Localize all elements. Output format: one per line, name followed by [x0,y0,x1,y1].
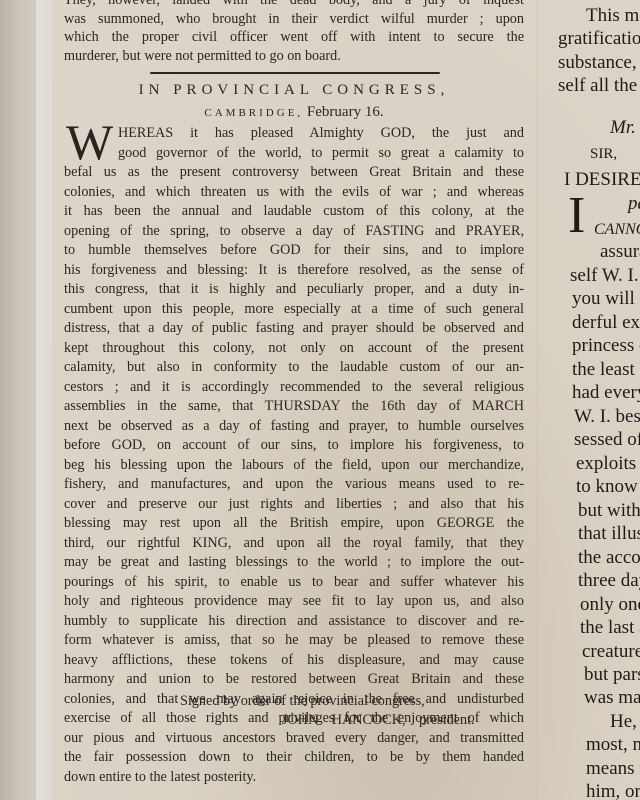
text-line: CANNO [594,218,640,242]
text-line: calamity, but also in conformity to the … [64,358,524,378]
text-line: third, our rightful KING, and upon all t… [64,534,524,554]
text-line: to know t [576,475,640,499]
text-line: down entire to the latest posterity. [64,768,524,788]
text-line: next be observed as a day of fasting and… [64,417,524,437]
text-line: derful explo [572,311,640,335]
text-line: pourings of his spirit, to enable us to … [64,573,524,593]
previous-article: They, however, landed with the dead body… [64,0,524,65]
text-line: his forgiveness and blessing: It is ther… [64,261,524,281]
text-line: They, however, landed with the dead body… [64,0,524,10]
signer-name: JOHN HANCOCK, president. [282,712,475,729]
text-line: may be great and lasting blessings to th… [64,553,524,573]
proclamation-dateline: CAMBRIDGE, February 16. [64,104,524,121]
text-line: but parsi [584,663,640,687]
text-line: only one [580,593,640,617]
text-line: this congress, that it is highly and pec… [64,280,524,300]
text-line: him, or [586,780,640,800]
text-line: heavy afflictions, these tokens of his d… [64,651,524,671]
text-line: self W. I. [570,264,639,288]
text-line: that illustr [578,522,640,546]
text-line: creature: [582,640,640,664]
text-line: holy and righteous providence may see fi… [64,592,524,612]
text-line: kept throughout this colony, not only on… [64,339,524,359]
text-line: He, to [610,710,640,734]
text-line: gratification [558,27,640,51]
text-line: fishery, and manufactures, and upon the … [64,475,524,495]
signed-line: Signed by order of the provincial congre… [180,693,425,710]
text-line: princess of [572,334,640,358]
text-line: cestors ; and it is accordingly recommen… [64,378,524,398]
text-line: the fair possession down to their childr… [64,748,524,768]
dateline-date: February 16. [307,104,384,120]
text-line: befal us as the present controversy betw… [64,163,524,183]
text-line: cover and preserve our just rights and l… [64,495,524,515]
text-line: colonies, and which threaten us with the… [64,183,524,203]
text-line: Mr. P [610,116,640,140]
text-line: exploits to [576,452,640,476]
text-line: had every [572,381,640,405]
text-line: sessed of g [574,428,640,452]
text-line: self all the i [558,74,640,98]
text-line: which the proper civil officer went off … [64,28,524,47]
text-line: SIR, [590,143,617,167]
text-line: cumbent upon this people, more especiall… [64,300,524,320]
column-divider [537,0,538,800]
text-line: W. I. besi [574,405,640,429]
text-line: murderer, but were not permitted to go o… [64,47,524,66]
text-line: most, ma [586,733,640,757]
dateline-place: CAMBRIDGE, [204,107,303,119]
text-line: the last a [580,616,640,640]
text-line: opening of the spring, to observe a day … [64,222,524,242]
text-line: before GOD, on account of our sins, to i… [64,436,524,456]
proclamation-heading: IN PROVINCIAL CONGRESS, [64,82,524,99]
drop-cap-right: I [568,186,585,246]
text-line: harmony and union to be restored between… [64,670,524,690]
text-line: it has been the annual and laudable cust… [64,202,524,222]
text-line: form whatever is amiss, that so he may b… [64,631,524,651]
text-line: the least ne [572,358,640,382]
text-line: but with [578,499,640,523]
text-line: you will in [572,287,640,311]
proclamation-body: HEREAS it has pleased Almighty GOD, the … [64,124,524,787]
text-line: our pious and virtuous ancestors braved … [64,729,524,749]
text-line: was summoned, who brought in their verdi… [64,10,524,29]
text-line: distress, that a day of public fasting a… [64,319,524,339]
right-column: This man gratification substance, a self… [558,0,640,800]
text-line: was man [584,686,640,710]
section-rule [150,72,440,74]
text-line: three days [578,569,640,593]
text-line: pape [628,192,640,216]
text-line: the accou [578,546,640,570]
text-line: humbly to supplicate his direction and a… [64,612,524,632]
text-line: assemblies in the same, that THURSDAY th… [64,397,524,417]
text-line: good governor of the world, to permit so… [64,144,524,164]
text-line: means th [586,757,640,781]
text-line: assuranc [600,240,640,264]
text-line: This man [586,4,640,28]
text-line: to humble themselves before GOD for thei… [64,241,524,261]
text-line: HEREAS it has pleased Almighty GOD, the … [64,124,524,144]
text-line: substance, a [558,51,640,75]
text-line: beg his blessing upon the labours of the… [64,456,524,476]
text-line: blessing may rest upon all the British e… [64,514,524,534]
